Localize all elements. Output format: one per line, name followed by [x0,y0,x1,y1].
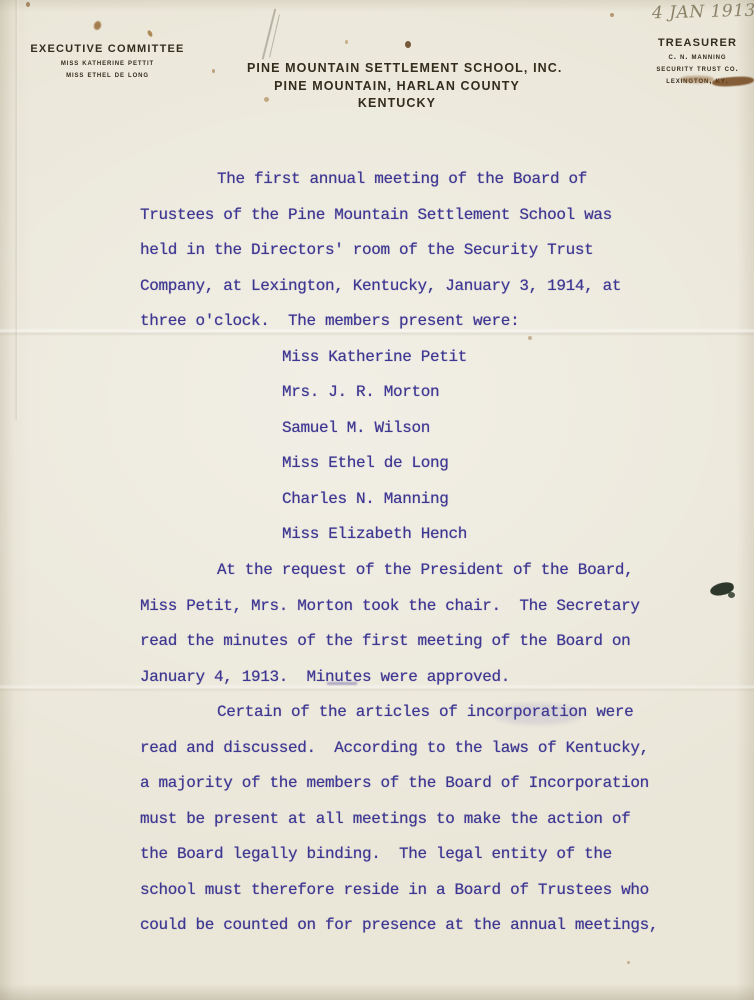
typed-line: three o'clock. The members present were: [140,304,700,340]
paper-stain [610,13,614,17]
typed-line: a majority of the members of the Board o… [140,766,700,802]
fold-crease-left-edge [14,0,19,420]
typed-line: Miss Petit, Mrs. Morton took the chair. … [140,589,700,625]
paper-stain [405,41,411,48]
executive-committee-member: Miss Ethel de Long [25,70,190,79]
school-state-line: KENTUCKY [247,96,547,110]
typed-line: must be present at all meetings to make … [140,802,700,838]
typed-line: Certain of the articles of incorporation… [140,695,700,731]
typed-line: could be counted on for presence at the … [140,908,700,944]
treasurer-name: C. N. Manning [625,52,754,61]
typed-line: Trustees of the Pine Mountain Settlement… [140,198,700,234]
typed-line: read and discussed. According to the law… [140,731,700,767]
executive-committee-member: Miss Katherine Pettit [25,58,190,67]
paper-stain [345,40,348,44]
document-page: 4 JAN 1913 EXECUTIVE COMMITTEE Miss Kath… [0,0,754,1000]
paper-stain [212,69,215,73]
letterhead-treasurer: TREASURER C. N. Manning Security Trust C… [625,37,754,85]
attendee-line: Charles N. Manning [140,482,700,518]
paper-stain [26,2,30,7]
typed-line: the Board legally binding. The legal ent… [140,837,700,873]
pencil-scratch [269,14,280,57]
typed-line: At the request of the President of the B… [140,553,700,589]
typed-line: read the minutes of the first meeting of… [140,624,700,660]
ink-blot [728,592,735,598]
letterhead-school-name: PINE MOUNTAIN SETTLEMENT SCHOOL, INC. PI… [247,61,547,114]
typed-line: school must therefore reside in a Board … [140,873,700,909]
school-name-line: PINE MOUNTAIN SETTLEMENT SCHOOL, INC. [247,61,547,75]
attendee-line: Mrs. J. R. Morton [140,375,700,411]
attendee-line: Miss Katherine Petit [140,340,700,376]
typed-line: held in the Directors' room of the Secur… [140,233,700,269]
attendee-line: Miss Elizabeth Hench [140,517,700,553]
pencil-scratch [262,9,276,60]
attendee-line: Miss Ethel de Long [140,446,700,482]
typed-line: The first annual meeting of the Board of [140,162,700,198]
typed-line: January 4, 1913. Minutes were approved. [140,660,700,696]
treasurer-title: TREASURER [625,37,754,49]
treasurer-company: Security Trust Co. [625,64,754,73]
treasurer-city: Lexington, Ky. [625,76,754,85]
handwritten-date-note: 4 JAN 1913 [652,1,754,24]
paper-stain [627,961,630,964]
paper-stain [147,29,154,37]
letterhead-executive-committee: EXECUTIVE COMMITTEE Miss Katherine Petti… [25,43,190,79]
ink-blot [709,581,735,598]
executive-committee-title: EXECUTIVE COMMITTEE [25,43,190,55]
school-location-line: PINE MOUNTAIN, HARLAN COUNTY [247,79,547,93]
typed-body: The first annual meeting of the Board of… [140,162,700,944]
typed-line: Company, at Lexington, Kentucky, January… [140,269,700,305]
attendee-line: Samuel M. Wilson [140,411,700,447]
paper-stain [93,20,103,31]
